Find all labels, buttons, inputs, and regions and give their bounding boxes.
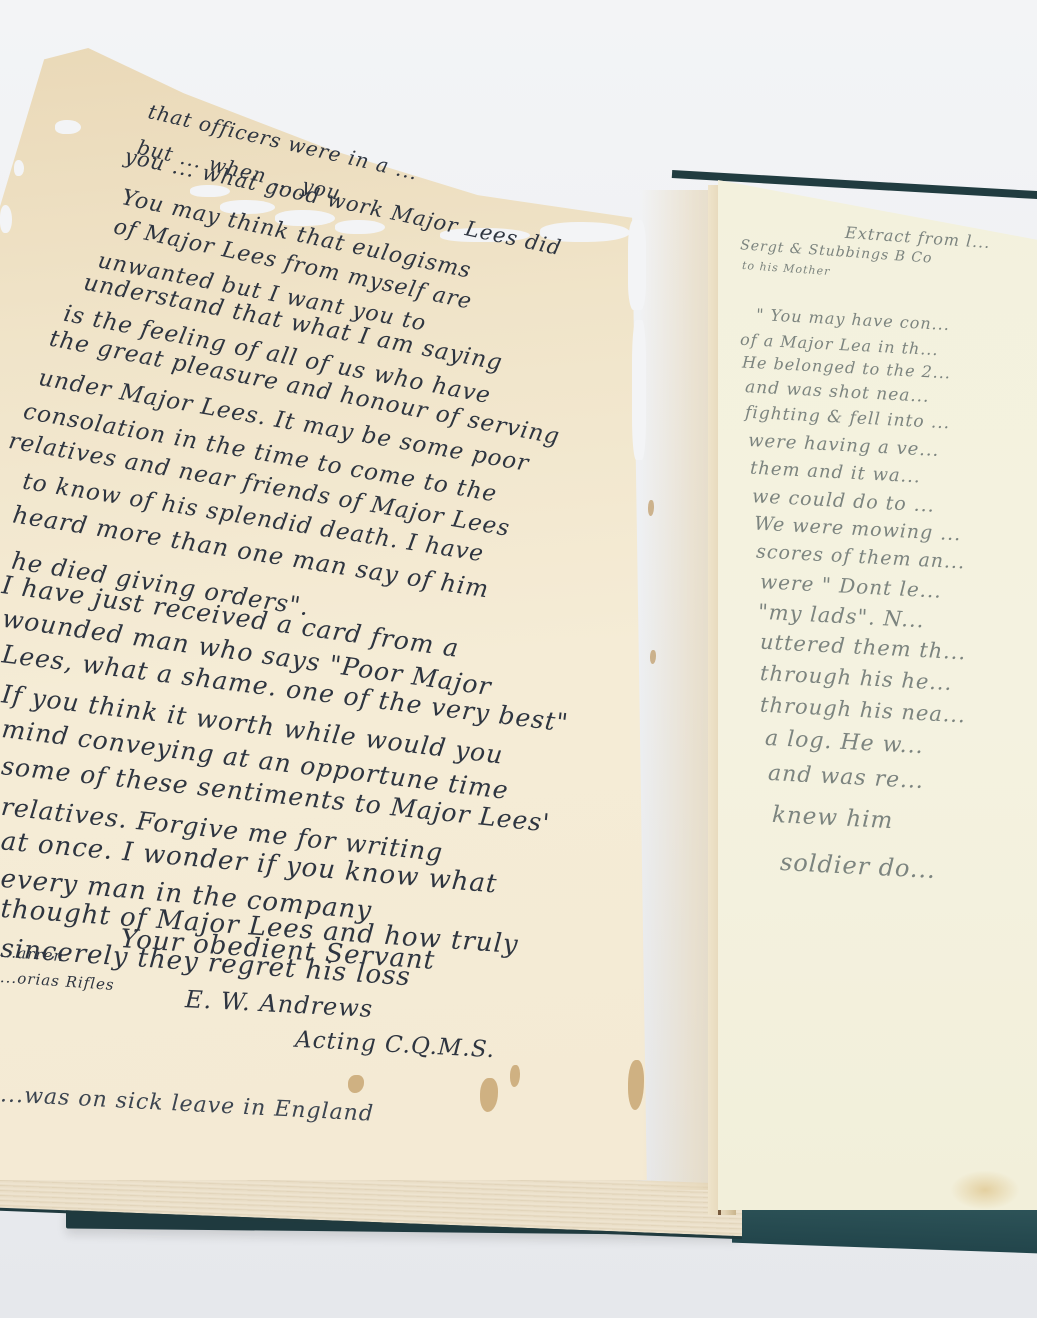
left-page-handwriting: that officers were in a ... but ... when…	[0, 0, 720, 1200]
margin-note: ...orias Rifles	[0, 968, 115, 994]
signature-rank: Acting C.Q.M.S.	[294, 1027, 495, 1063]
footer-note: ...was on sick leave in England	[0, 1082, 375, 1127]
signature-name: E. W. Andrews	[184, 985, 373, 1023]
water-stain	[950, 1170, 1020, 1210]
book-photo: that officers were in a ... but ... when…	[0, 0, 1037, 1318]
